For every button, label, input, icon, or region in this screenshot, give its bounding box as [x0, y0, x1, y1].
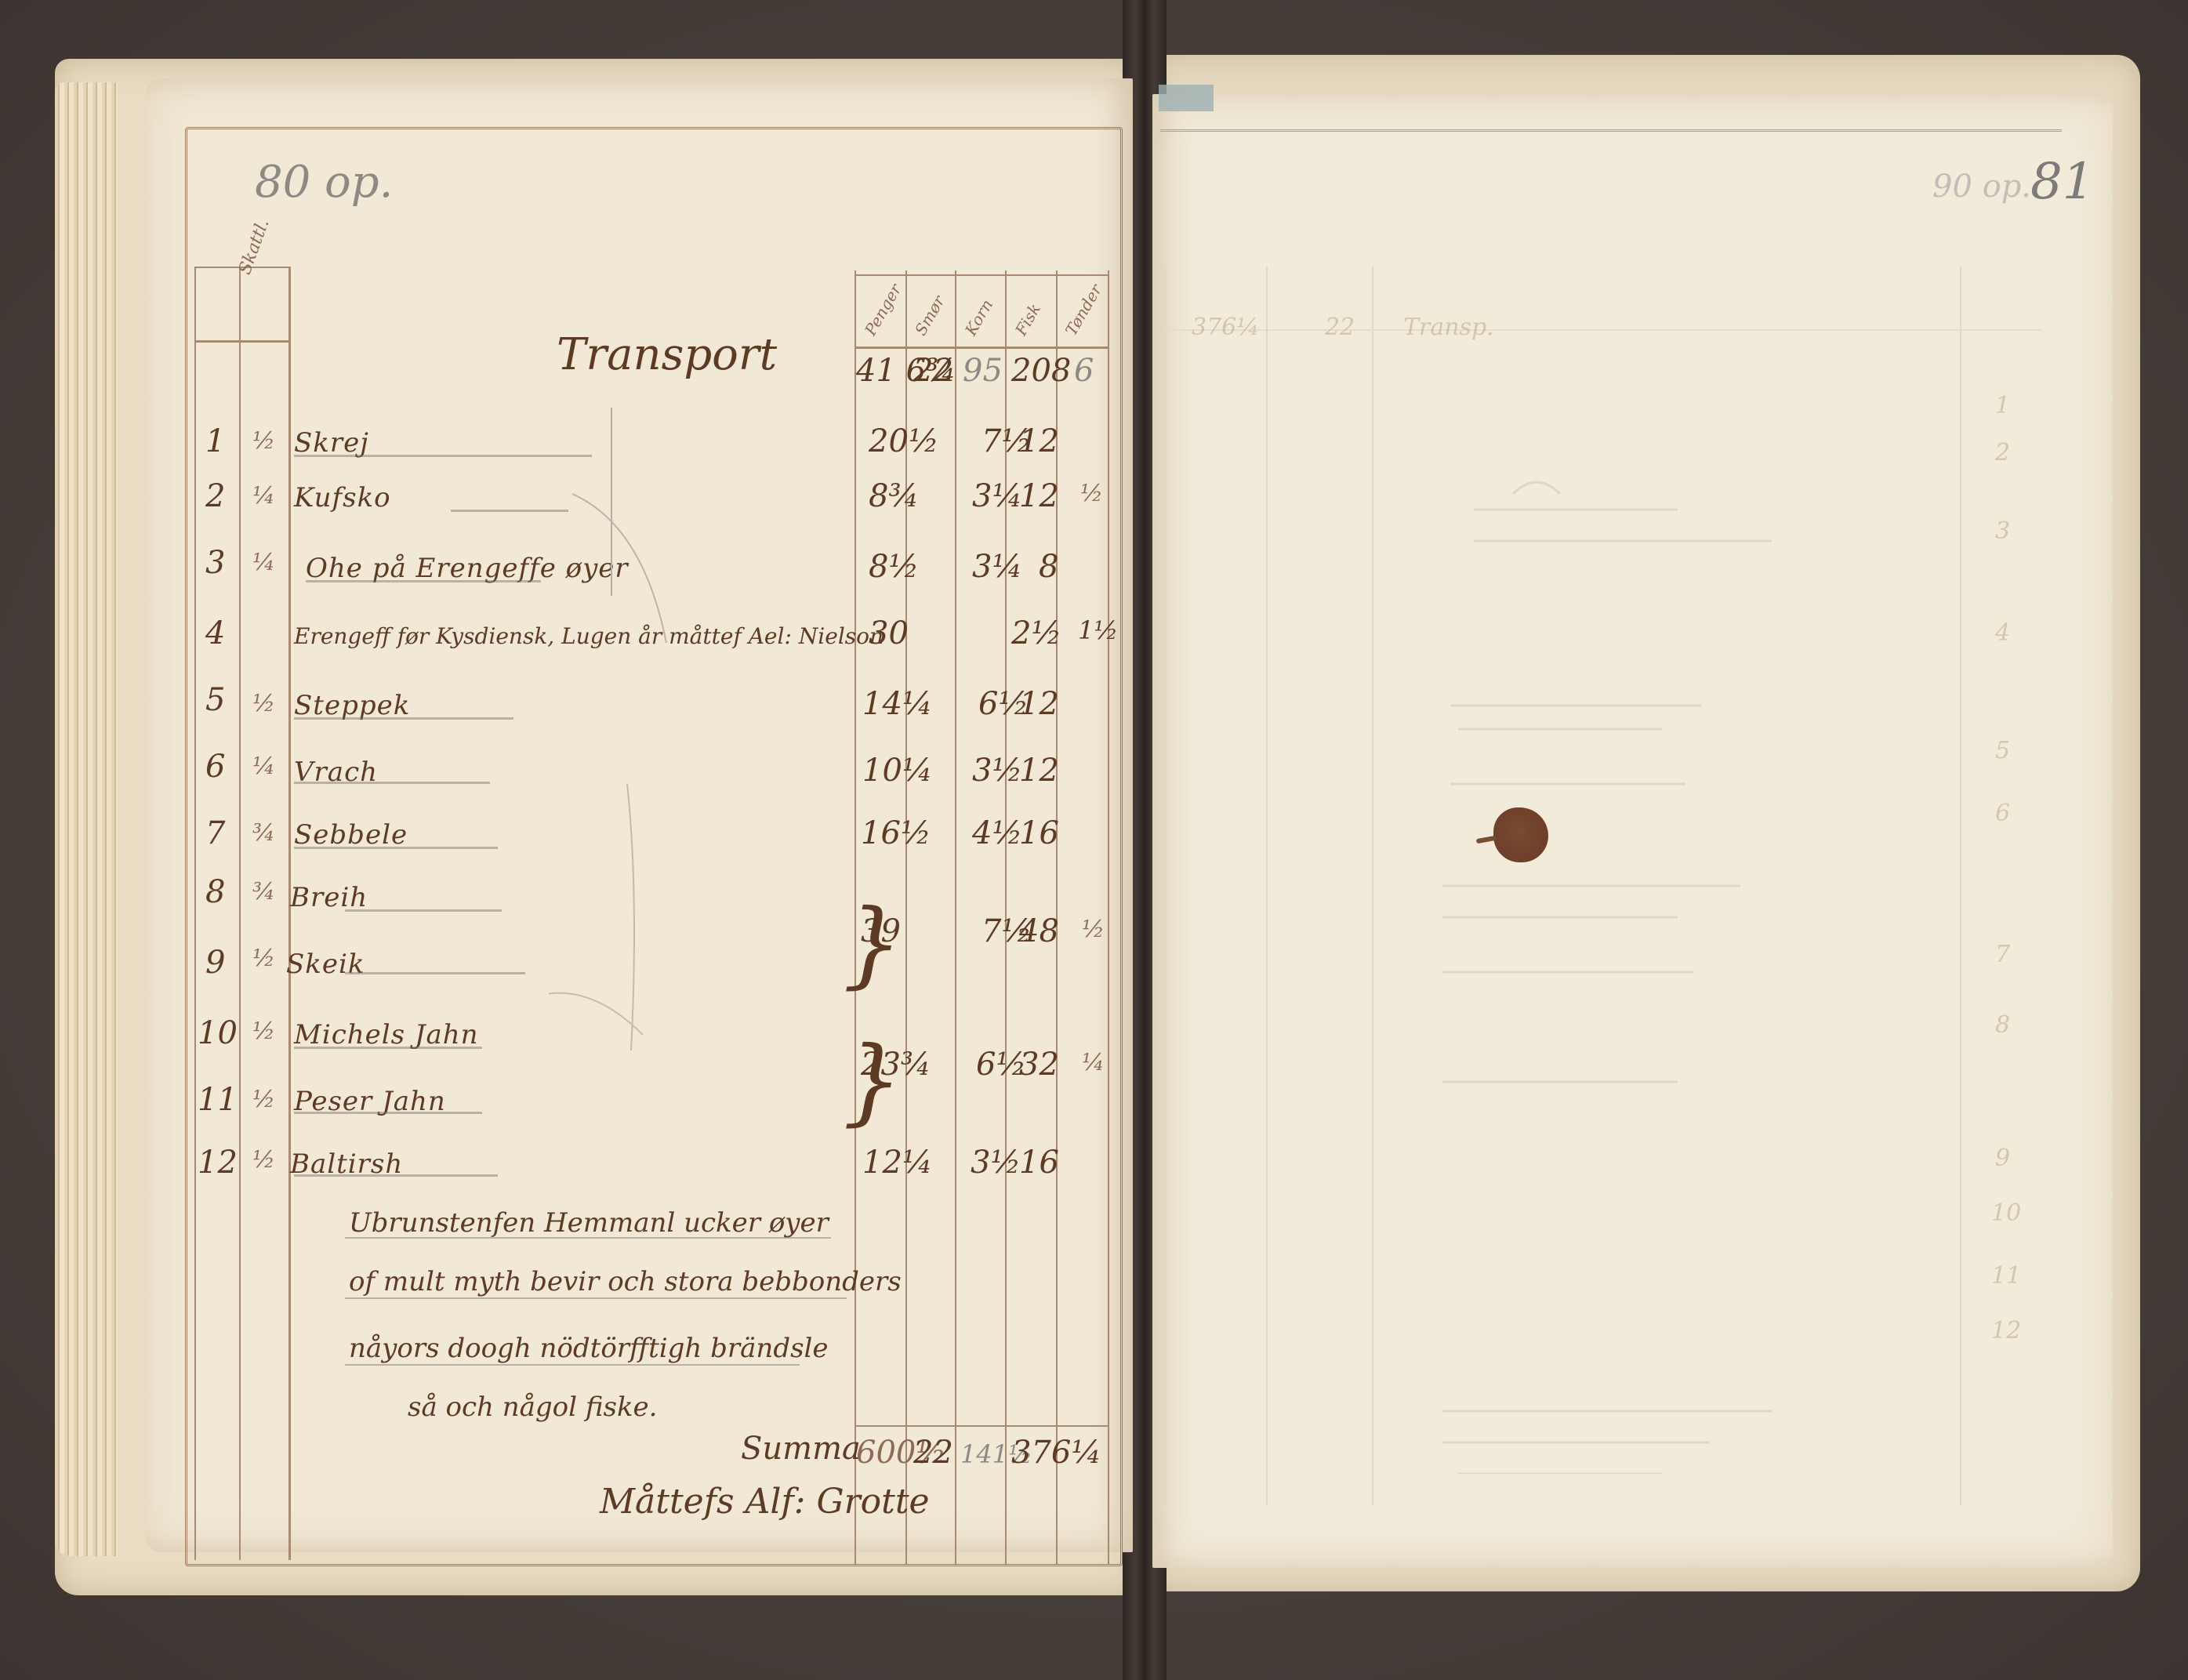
row-c3: 2½: [1011, 615, 1061, 651]
row-share: ½: [252, 945, 275, 972]
row-c3: 3½: [972, 753, 1022, 789]
bleed-num: 8: [1995, 1011, 2010, 1039]
summa-c2: 22: [913, 1435, 953, 1471]
rule-header-bottom-left: [194, 340, 288, 343]
row-c4: 16: [1019, 815, 1059, 851]
row-c4: 12: [1019, 478, 1059, 514]
row-c4: 48: [1019, 913, 1059, 949]
row-c1: 30: [869, 615, 909, 651]
bleed-num: 4: [1995, 619, 2010, 647]
folio-number: 81: [2030, 153, 2094, 211]
row-c3: 3½: [971, 1145, 1021, 1181]
ink-blot: [1493, 807, 1548, 862]
bleed-rule: [1960, 267, 1961, 1505]
row-c4: 12: [1019, 423, 1059, 459]
pencil-strokes: [549, 408, 862, 1113]
row-c4: 12: [1019, 686, 1059, 722]
bleed-rule: [1164, 329, 2042, 331]
row-guide: [345, 909, 502, 912]
row-c1: 14¼: [862, 686, 933, 722]
row-number: 12: [198, 1145, 238, 1181]
transport-c2: 22: [913, 353, 953, 389]
rule-header-bottom: [855, 347, 1108, 349]
row-c5: ¼: [1082, 1049, 1105, 1076]
signature: Måttefs Alf: Grotte: [600, 1482, 930, 1522]
bleed-22: 22: [1325, 314, 1355, 341]
bleed-num: 9: [1995, 1145, 2010, 1172]
row-c4: 12: [1019, 753, 1059, 789]
row-number: 7: [205, 815, 225, 851]
row-guide: [306, 580, 541, 582]
bleed-num: 5: [1995, 737, 2010, 764]
row-number: 11: [198, 1082, 238, 1118]
note-line-3: nåyors doogh nödtörfftigh brändsle: [349, 1333, 829, 1364]
row-c5: 1½: [1078, 615, 1118, 645]
row-c5: ½: [1082, 916, 1105, 943]
bleed-num: 2: [1995, 439, 2010, 466]
note-line-1: Ubrunstenfen Hemmanl ucker øyer: [349, 1207, 829, 1239]
row-number: 9: [205, 945, 225, 981]
row-name: Breih: [290, 882, 368, 913]
bleed-transp: Transp.: [1403, 314, 1494, 341]
row-share: ¼: [252, 549, 275, 576]
row-number: 6: [205, 749, 225, 785]
row-c3: 3¼: [972, 478, 1022, 514]
row-number: 8: [205, 874, 225, 910]
row-c1: 16½: [861, 815, 931, 851]
transport-c4: 208: [1011, 353, 1071, 389]
bleed-num: 7: [1995, 941, 2010, 968]
bleed-num: 11: [1991, 1262, 2021, 1290]
summa-label: Summa: [741, 1431, 861, 1467]
bleed-rule: [1372, 267, 1373, 1505]
pencil-folio-left: 80 op.: [255, 157, 393, 208]
row-share: ½: [252, 1146, 275, 1174]
row-name: Skrej: [294, 427, 369, 459]
row-guide: [345, 972, 525, 974]
row-guide: [294, 1047, 482, 1049]
row-c1: 23¾: [861, 1047, 931, 1083]
rule-amt-2: [905, 270, 907, 1564]
row-c5: ½: [1080, 480, 1103, 507]
row-name: Steppek: [294, 690, 410, 721]
row-name: Kufsko: [294, 482, 391, 513]
row-share: ¼: [252, 753, 275, 780]
row-c3: 4½: [972, 815, 1022, 851]
pencil-note-right: 90 op.: [1932, 169, 2031, 205]
bleed-num: 6: [1995, 800, 2010, 827]
row-number: 1: [205, 423, 225, 459]
row-c3: 3¼: [972, 549, 1022, 585]
row-share: ¼: [252, 482, 275, 510]
transport-c5: 6: [1074, 353, 1094, 389]
row-number: 4: [205, 615, 225, 651]
rule-left-3: [288, 267, 291, 1560]
row-share: ½: [252, 690, 275, 717]
note-guide: [345, 1237, 831, 1239]
rule-summa: [855, 1425, 1108, 1427]
bleed-num: 12: [1991, 1317, 2021, 1344]
bleed-through-strokes: [1411, 376, 1960, 1474]
row-name: Skeik: [286, 949, 365, 980]
row-c1: 10¼: [862, 753, 933, 789]
note-line-4: så och någol fiske.: [408, 1392, 657, 1423]
row-number: 10: [198, 1015, 238, 1051]
row-c4: 32: [1019, 1047, 1059, 1083]
bleed-rule: [1164, 267, 1166, 1505]
bleed-num: 1: [1995, 392, 2010, 419]
row-number: 2: [205, 478, 225, 514]
row-share: ½: [252, 1086, 275, 1113]
rule-amt-6: [1108, 270, 1109, 1564]
rule-amt-3: [955, 270, 956, 1564]
bleed-sum: 376¼: [1192, 314, 1259, 341]
row-c1: 12¼: [862, 1145, 933, 1181]
row-share: ½: [252, 1018, 275, 1045]
row-share: ½: [252, 427, 275, 455]
row-c1: 20½: [869, 423, 939, 459]
row-c4: 16: [1019, 1145, 1059, 1181]
row-name: Michels Jahn: [294, 1019, 479, 1050]
row-guide: [294, 847, 498, 849]
rule-header-top: [855, 274, 1108, 276]
paper-tab: [1159, 85, 1214, 111]
row-guide: [294, 717, 513, 720]
row-guide: [294, 1112, 482, 1114]
bleed-rule: [1266, 267, 1268, 1505]
row-c1: 39: [861, 913, 901, 949]
row-c4: 8: [1039, 549, 1058, 585]
row-name: Sebbele: [294, 819, 408, 851]
rule-left-2: [239, 267, 241, 1560]
row-guide: [294, 1174, 498, 1177]
row-share: ¾: [252, 819, 275, 847]
bleed-num: 3: [1995, 517, 2010, 545]
transport-c3: 95: [963, 353, 1003, 389]
row-share: ¾: [252, 878, 275, 905]
note-guide: [345, 1364, 800, 1366]
transport-label: Transport: [557, 329, 777, 380]
bleed-num: 10: [1991, 1199, 2021, 1227]
row-number: 3: [205, 545, 225, 581]
rule-left-1: [194, 267, 196, 1560]
note-guide: [345, 1297, 847, 1299]
summa-c4: 376¼: [1011, 1435, 1101, 1471]
row-c1: 8½: [869, 549, 919, 585]
row-number: 5: [205, 682, 225, 718]
row-c1: 8¾: [869, 478, 919, 514]
note-line-2: of mult myth bevir och stora bebbonders: [349, 1266, 902, 1297]
row-guide: [294, 782, 490, 784]
row-guide: [294, 455, 592, 457]
